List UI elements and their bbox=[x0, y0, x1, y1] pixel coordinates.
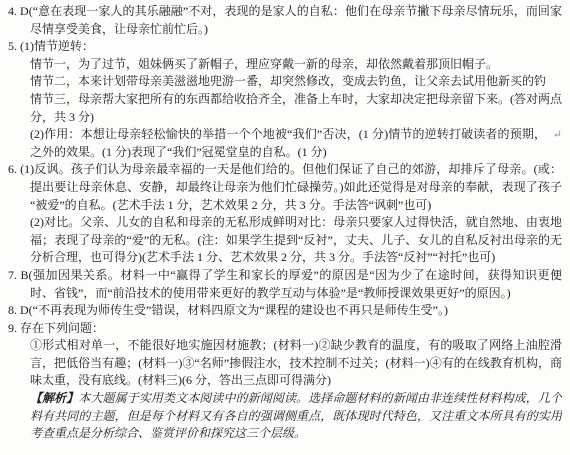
answer-line-9-head: 9. 存在下列问题： bbox=[8, 320, 562, 338]
answer-line-5-effect-2: 之外的效果。(1 分)表现了“我们”冠冕堂皇的自私。(1 分) bbox=[8, 144, 562, 162]
answer-line-8: 8. D(“不再表现为师传生受”错误，材料四原文为“课程的建设也不再只是师传生受… bbox=[8, 302, 562, 320]
answer-line-5-plot2: 情节二，本来计划带母亲美滋滋地兜游一番，却突然修改，变成去钓鱼，让父亲去试用他新… bbox=[8, 73, 562, 91]
answer-line-text: (2)作用：本想让母亲轻松愉快的举措一个个地被“我们”否决，(1 分)情节的逆转… bbox=[30, 127, 546, 144]
analysis-line-1: 【解析】本大题属于实用类文本阅读中的新闻阅读。选择命题材料的新闻由非连续性材料构… bbox=[8, 390, 562, 408]
answer-line-6-contrast-2: 福；表现了母亲的“爱”的无私。(注：如果学生提到“反衬”，丈夫、儿子、女儿的自私… bbox=[8, 232, 562, 250]
answer-key-document: 4. D(“意在表现一家人的其乐融融”不对，表现的是家人的自私：他们在母亲节撇下… bbox=[0, 0, 570, 455]
answer-line-6-2: 提出要让母亲休息、安静，却最终让母亲为他们忙碌操劳。)如此还觉得是对母亲的奉献，… bbox=[8, 179, 562, 197]
answer-line-6-contrast-1: (2)对比。父亲、儿女的自私和母亲的无私形成鲜明对比：母亲只要家人过得快活，就自… bbox=[8, 214, 562, 232]
analysis-line-2: 料有共同的主题，但是每个材料又有各自的强调侧重点，既体现时代特色，又注重文本所具… bbox=[8, 408, 562, 426]
answer-line-5-effect-1: (2)作用：本想让母亲轻松愉快的举措一个个地被“我们”否决，(1 分)情节的逆转… bbox=[8, 126, 562, 144]
answer-line-7-1: 7. B(强加因果关系。材料一中“赢得了学生和家长的厚爱”的原因是“因为少了在途… bbox=[8, 267, 562, 285]
answer-line-5-head: 5. (1)情节逆转： bbox=[8, 38, 562, 56]
answer-line-9-items-1: ①形式相对单一，不能很好地实施因材施教；(材料一)②缺少教育的温度，有的吸取了网… bbox=[8, 337, 562, 355]
answer-line-7-2: 时、省钱”，而“前沿技术的使用带来更好的教学互动与体验”是“教师授课效果更好”的… bbox=[8, 285, 562, 303]
analysis-text: 本大题属于实用类文本阅读中的新闻阅读。选择命题材料的新闻由非连续性材料构成，几个… bbox=[30, 391, 562, 408]
analysis-label: 【解析】 bbox=[30, 391, 78, 405]
answer-line-4-1: 4. D(“意在表现一家人的其乐融融”不对，表现的是家人的自私：他们在母亲节撇下… bbox=[8, 3, 562, 21]
answer-line-4-2: 尽情享受美食，让母亲忙前忙后。) bbox=[8, 21, 562, 39]
answer-line-5-plot3: 情节三，母亲帮大家把所有的东西都给收拾齐全，准备上车时，大家却决定把母亲留下来。… bbox=[8, 91, 562, 109]
answer-line-5-score: 分，共 3 分) bbox=[8, 109, 562, 127]
answer-line-6-1: 6. (1)反讽。孩子们认为母亲最幸福的一天是他们给的。但他们保证了自己的郊游，… bbox=[8, 161, 562, 179]
answer-line-9-items-3: 味太重，没有底线。(材料三)(6 分，答出三点即可得满分) bbox=[8, 372, 562, 390]
answer-line-6-contrast-3: 分析合理，也可得分)(艺术手法 1 分、艺术效果 2 分，共 3 分。手法答“反… bbox=[8, 249, 562, 267]
answer-line-9-items-2: 言，把低俗当有趣；(材料一)③“名师”掺假注水，技术控制不过关；(材料一)④有的… bbox=[8, 355, 562, 373]
line-wrap-return-icon: ↵ bbox=[553, 128, 562, 142]
answer-line-5-plot1: 情节一，为了过节，姐妹俩买了新帽子，理应穿戴一新的母亲，却依然戴着那顶旧帽子。 bbox=[8, 56, 562, 74]
answer-line-6-3: “被爱”的自私。(艺术手法 1 分，艺术效果 2 分，共 3 分。手法答“讽刺”… bbox=[8, 197, 562, 215]
analysis-line-3: 考查重点是分析综合、鉴赏评价和探究这三个层级。 bbox=[8, 425, 562, 443]
